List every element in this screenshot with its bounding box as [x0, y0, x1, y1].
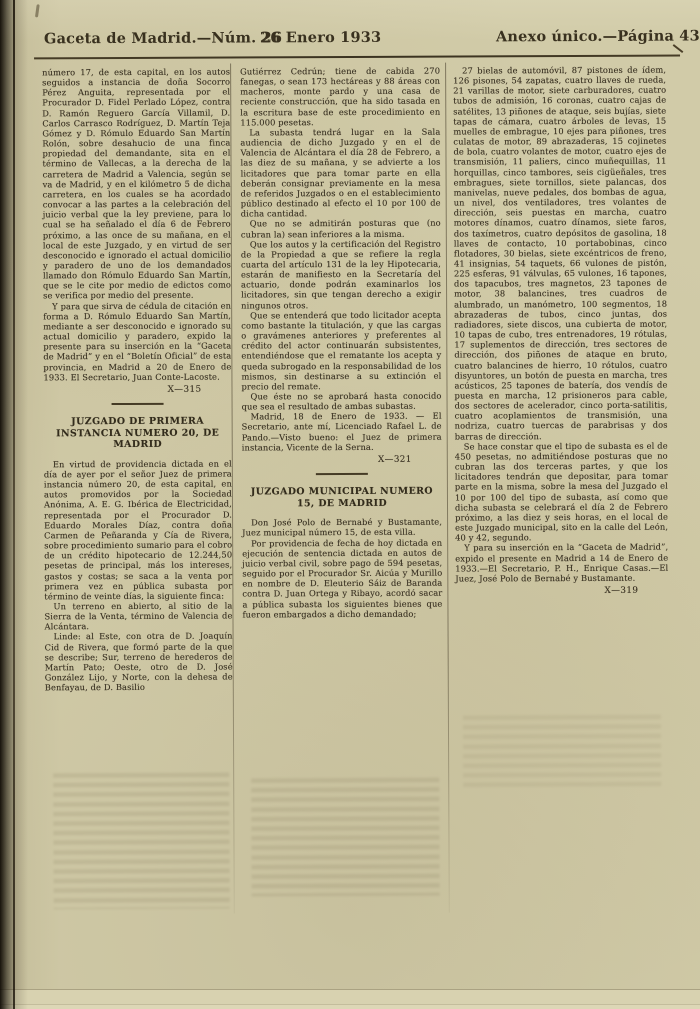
edict-paragraph: Madrid, 18 de Enero de 1933. — El Secret…	[242, 411, 442, 452]
section-separator	[112, 403, 164, 405]
reverse-side-ghost-text	[463, 715, 661, 788]
spine-ink-mark	[35, 4, 40, 17]
edict-reference-number: X—315	[43, 384, 231, 395]
edict-paragraph: Don José Polo de Bernabé y Bustamante, J…	[242, 517, 442, 538]
edict-paragraph: Que los autos y la certificación del Reg…	[241, 238, 441, 310]
masthead-rule	[34, 55, 680, 60]
edict-paragraph: En virtud de providencia dictada en el d…	[44, 458, 233, 601]
edict-paragraph: Y para que sirva de cédula de citación e…	[43, 300, 231, 382]
page-bottom-edge-underlying-sheet	[0, 1004, 700, 1009]
column-1: número 17, de esta capital, en los autos…	[42, 67, 233, 693]
masthead-page-number: Anexo único.—Página 431	[496, 27, 700, 45]
masthead-date: 26 Enero 1933	[260, 29, 381, 47]
page-content: Gaceta de Madrid.—Núm. 26 26 Enero 1933 …	[0, 0, 700, 1009]
edict-paragraph: Por providencia de fecha de hoy dictada …	[242, 537, 442, 619]
edict-paragraph: Linde: al Este, con otra de D. Joaquín C…	[45, 631, 233, 693]
edict-paragraph: Se hace constar que el tipo de subasta e…	[455, 440, 668, 542]
edict-paragraph: Un terreno en abierto, al sitio de la Si…	[44, 600, 232, 631]
scanned-gazette-page: Gaceta de Madrid.—Núm. 26 26 Enero 1933 …	[0, 0, 700, 1009]
edict-paragraph: 27 bielas de automóvil, 87 pistones de í…	[453, 65, 668, 442]
reverse-side-ghost-text	[53, 773, 230, 910]
edict-paragraph: Gutiérrez Cedrún; tiene de cabida 270 fa…	[240, 66, 440, 128]
section-heading-juzgado-20: JUZGADO DE PRIMERA INSTANCIA NUMERO 20, …	[52, 416, 224, 452]
edict-paragraph: La subasta tendrá lugar en la Sala audie…	[240, 127, 440, 219]
reverse-side-ghost-text	[251, 778, 440, 897]
book-binding-line	[13, 0, 15, 1009]
masthead-rule-tick	[673, 44, 684, 53]
edict-reference-number: X—321	[242, 455, 442, 466]
edict-reference-number: X—319	[455, 586, 668, 597]
masthead-title: Gaceta de Madrid.—Núm. 26	[44, 29, 282, 47]
section-separator	[316, 473, 368, 475]
edict-paragraph: Que no se admitirán posturas que (no cub…	[241, 218, 441, 239]
edict-paragraph: Que se entenderá que todo licitador acep…	[241, 309, 441, 391]
section-heading-juzgado-15: JUZGADO MUNICIPAL NUMERO 15, DE MADRID	[250, 486, 434, 510]
column-divider-2	[445, 63, 450, 913]
column-3: 27 bielas de automóvil, 87 pistones de í…	[453, 65, 668, 597]
edict-paragraph: número 17, de esta capital, en los autos…	[42, 67, 231, 301]
edict-paragraph: Que éste no se aprobará hasta conocido q…	[242, 391, 442, 412]
edict-paragraph: Y para su inserción en la “Gaceta de Mad…	[455, 542, 668, 584]
column-2: Gutiérrez Cedrún; tiene de cabida 270 fa…	[240, 66, 442, 620]
